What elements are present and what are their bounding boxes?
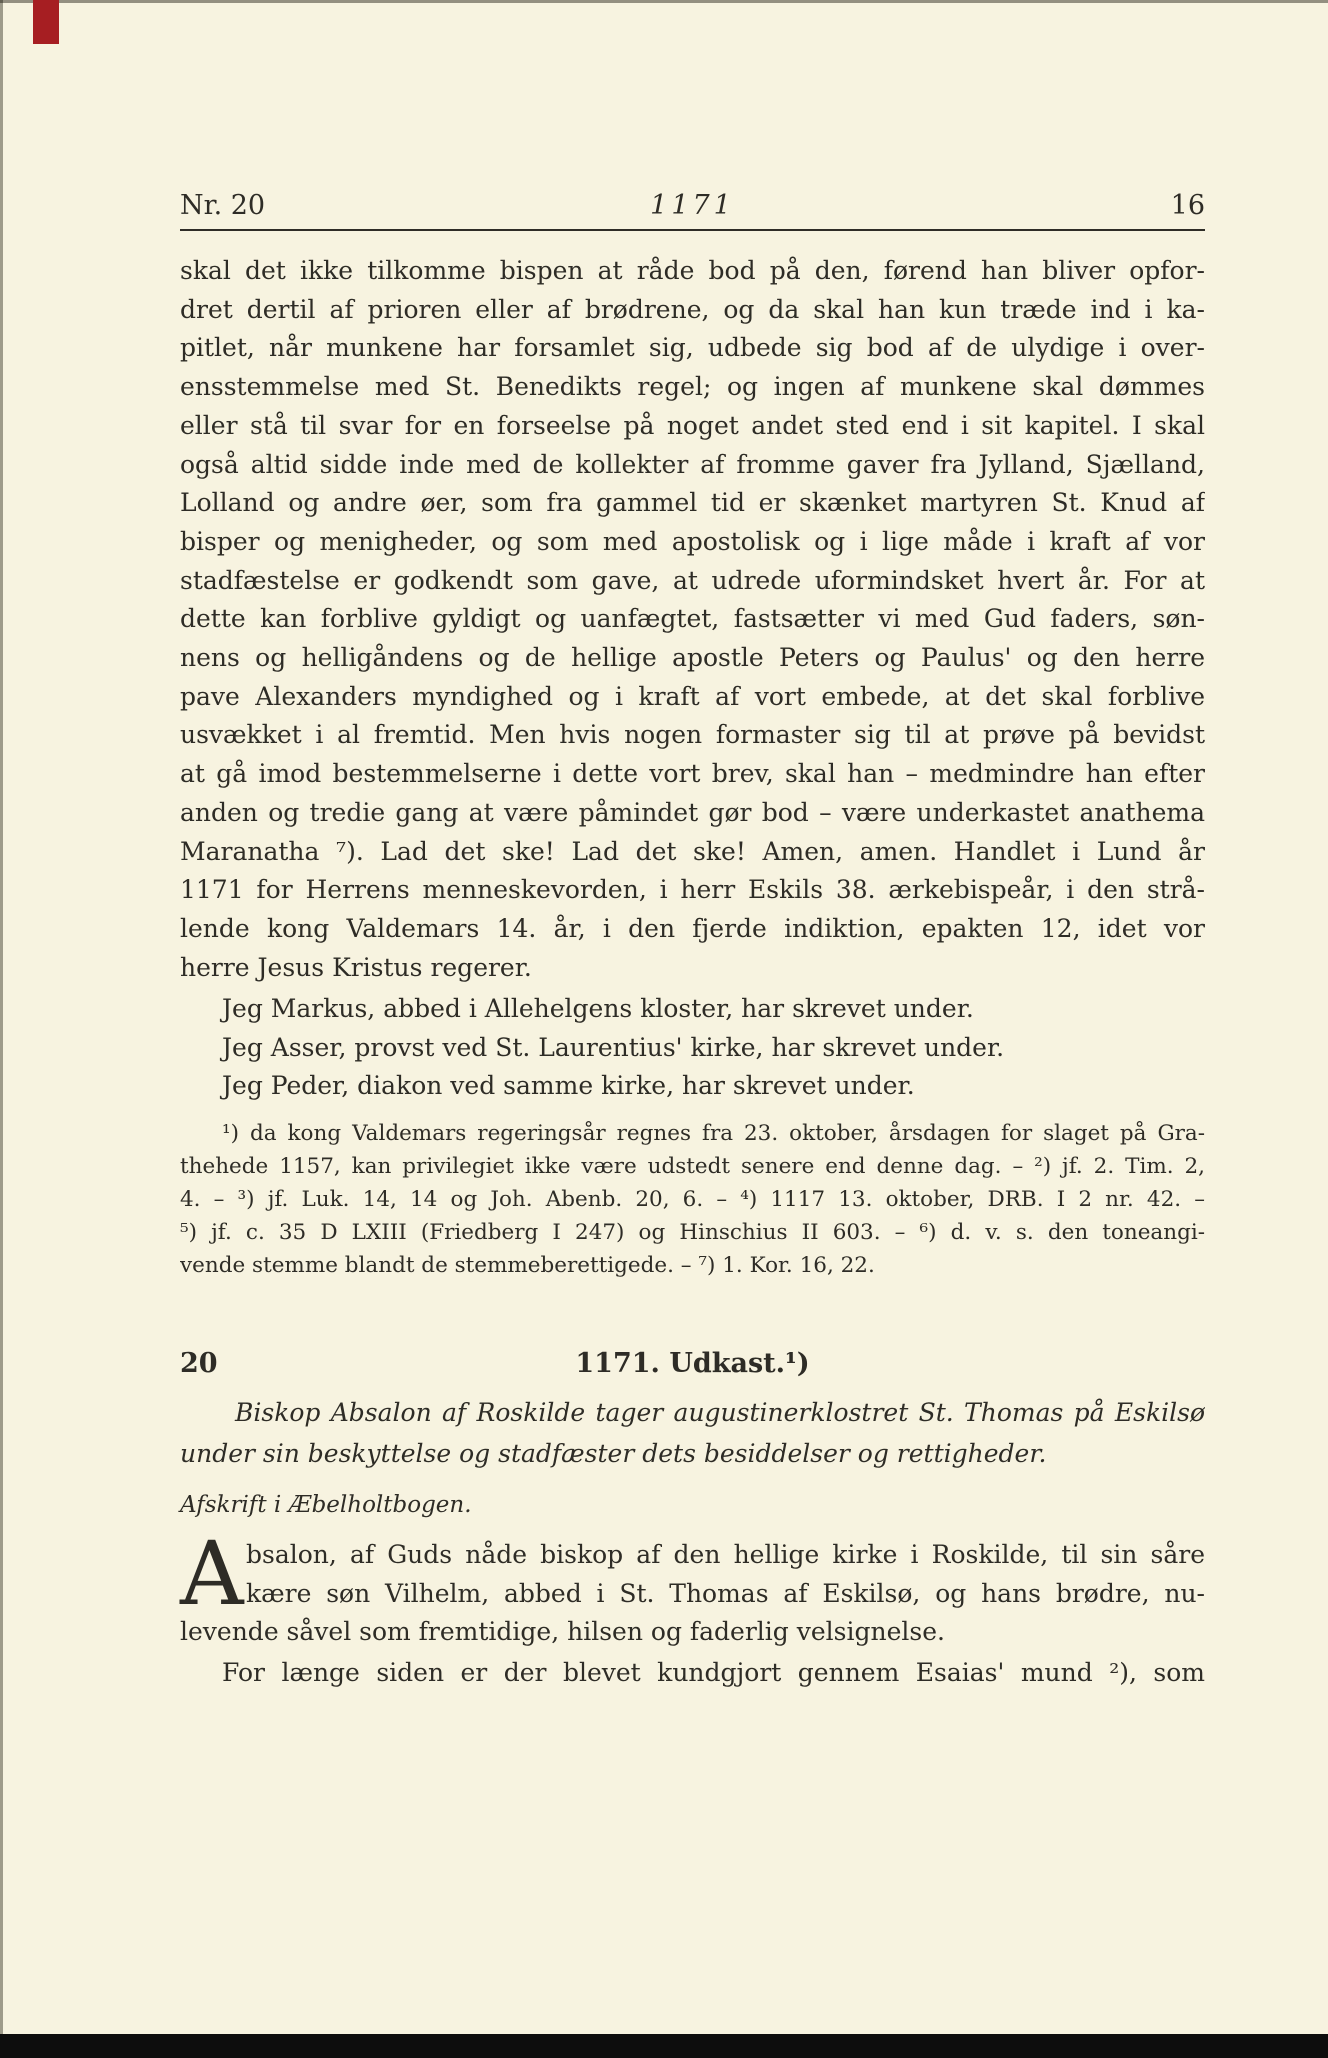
year-running-head: 1171 xyxy=(180,190,1205,221)
body-line: stadfæstelse er godkendt som gave, at ud… xyxy=(180,562,1205,601)
header-rule xyxy=(180,229,1205,231)
body-line: usvækket i al fremtid. Men hvis nogen fo… xyxy=(180,716,1205,755)
body-line: skal det ikke tilkomme bispen at råde bo… xyxy=(180,252,1205,291)
body-line: lende kong Valdemars 14. år, i den fjerd… xyxy=(180,910,1205,949)
footnote-line: vende stemme blandt de stemmeberettigede… xyxy=(180,1249,1205,1282)
page-header: Nr. 20 1171 16 xyxy=(180,190,1205,224)
opening-line: bsalon, af Guds nåde biskop af den helli… xyxy=(246,1536,1205,1575)
body-line: nens og helligåndens og de hellige apost… xyxy=(180,639,1205,678)
entry-20-summary: Biskop Absalon af Roskilde tager augusti… xyxy=(180,1392,1205,1474)
footnote-line: ¹) da kong Valdemars regeringsår regnes … xyxy=(180,1117,1205,1150)
opening-line: kære søn Vilhelm, abbed i St. Thomas af … xyxy=(246,1575,1205,1614)
body-line: 1171 for Herrens menneskevorden, i herr … xyxy=(180,871,1205,910)
body-line: ensstemmelse med St. Benedikts regel; og… xyxy=(180,368,1205,407)
body-line: pave Alexanders myndighed og i kraft af … xyxy=(180,678,1205,717)
signature-line: Jeg Asser, provst ved St. Laurentius' ki… xyxy=(180,1029,1205,1068)
footnote-line: 4. – ³) jf. Luk. 14, 14 og Joh. Abenb. 2… xyxy=(180,1183,1205,1216)
body-line: bisper og menigheder, og som med apostol… xyxy=(180,523,1205,562)
body-line: dette kan forblive gyldigt og uanfægtet,… xyxy=(180,600,1205,639)
body-line: dret dertil af prioren eller af brødrene… xyxy=(180,291,1205,330)
opening-line: levende såvel som fremtidige, hilsen og … xyxy=(180,1613,1205,1652)
body-line: Lolland og andre øer, som fra gammel tid… xyxy=(180,484,1205,523)
drop-cap: A xyxy=(180,1538,236,1610)
scanned-page: Nr. 20 1171 16 skal det ikke tilkomme bi… xyxy=(0,0,1328,2058)
footnote-line: thehede 1157, kan privilegiet ikke være … xyxy=(180,1150,1205,1183)
body-line: eller stå til svar for en forseelse på n… xyxy=(180,407,1205,446)
body-line: Maranatha ⁷). Lad det ske! Lad det ske! … xyxy=(180,833,1205,872)
entry-19-body: skal det ikke tilkomme bispen at råde bo… xyxy=(180,252,1205,987)
signature-line: Jeg Peder, diakon ved samme kirke, har s… xyxy=(180,1067,1205,1106)
entry-20-heading-row: 20 1171. Udkast.¹) xyxy=(180,1348,1205,1384)
entry-20-opening: A bsalon, af Guds nåde biskop af den hel… xyxy=(180,1536,1205,1652)
scan-edge-top xyxy=(0,0,1328,3)
scan-bottom-bar xyxy=(0,2034,1328,2058)
body-line: anden og tredie gang at være påmindet gø… xyxy=(180,794,1205,833)
entry-19-footnotes: ¹) da kong Valdemars regeringsår regnes … xyxy=(180,1117,1205,1282)
closing-line: For længe siden er der blevet kundgjort … xyxy=(180,1654,1205,1693)
scan-edge-left xyxy=(0,0,3,2058)
body-line: at gå imod bestemmelserne i dette vort b… xyxy=(180,755,1205,794)
signature-line: Jeg Markus, abbed i Allehelgens kloster,… xyxy=(180,990,1205,1029)
summary-line: under sin beskyttelse og stadfæster dets… xyxy=(180,1433,1205,1474)
summary-line: Biskop Absalon af Roskilde tager augusti… xyxy=(180,1392,1205,1433)
body-line: herre Jesus Kristus regerer. xyxy=(180,949,1205,988)
scan-red-mark xyxy=(33,0,59,44)
source-note: Afskrift i Æbelholtbogen. xyxy=(180,1492,1205,1518)
body-line: pitlet, når munkene har forsamlet sig, u… xyxy=(180,329,1205,368)
entry-20-closing: For længe siden er der blevet kundgjort … xyxy=(180,1654,1205,1693)
page-number: 16 xyxy=(1171,190,1205,221)
entry-title: 1171. Udkast.¹) xyxy=(180,1348,1205,1379)
footnote-line: ⁵) jf. c. 35 D LXIII (Friedberg I 247) o… xyxy=(180,1216,1205,1249)
body-line: også altid sidde inde med de kollekter a… xyxy=(180,446,1205,485)
entry-20-opening-lines: bsalon, af Guds nåde biskop af den helli… xyxy=(180,1536,1205,1652)
entry-19-signatures: Jeg Markus, abbed i Allehelgens kloster,… xyxy=(180,990,1205,1106)
